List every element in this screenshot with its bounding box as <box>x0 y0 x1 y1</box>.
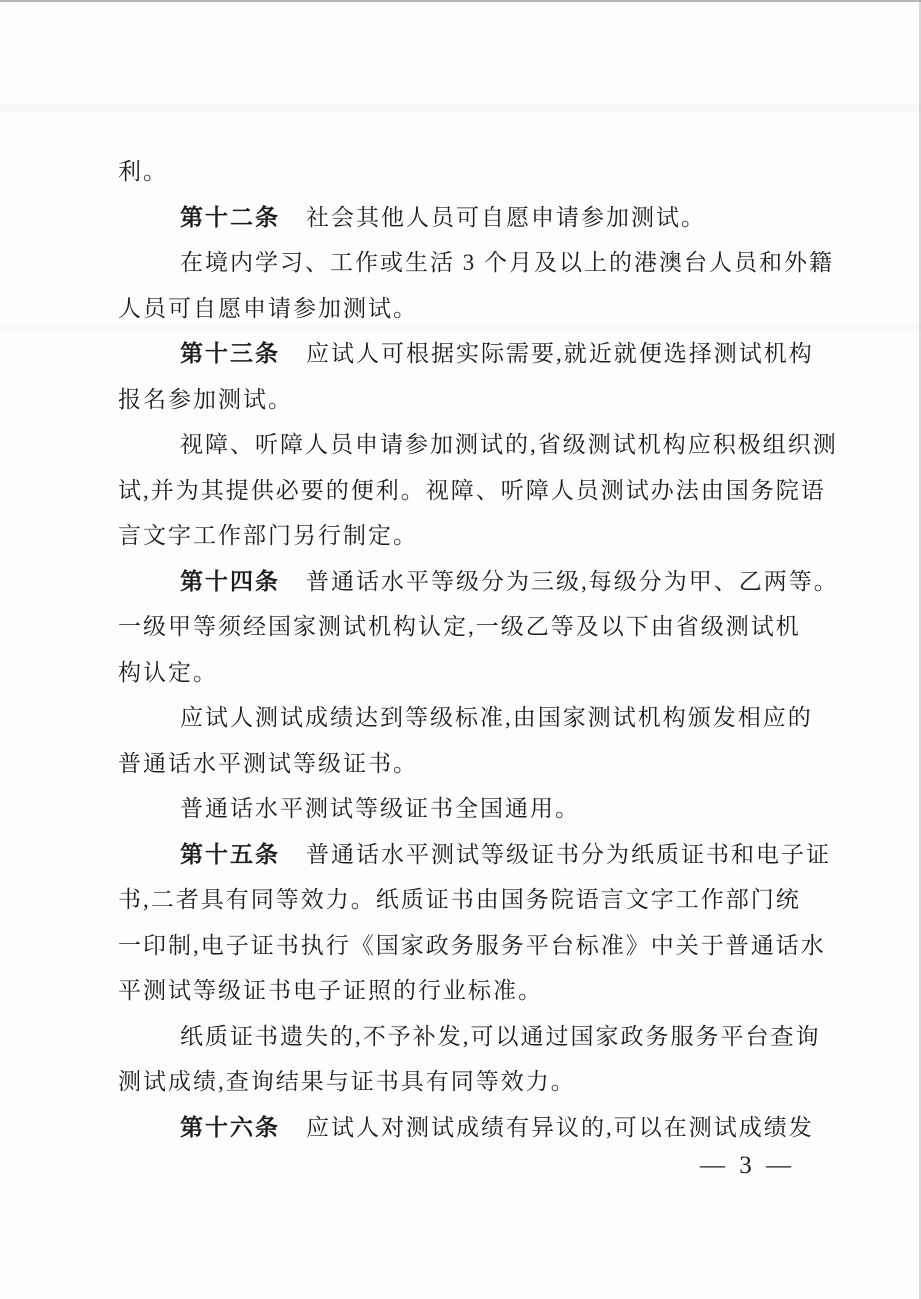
text-line: 人员可自愿申请参加测试。 <box>118 286 824 332</box>
article-term: 第十五条 <box>180 841 280 867</box>
text-line: 普通话水平测试等级证书。 <box>118 741 824 787</box>
text-line: 第十三条应试人可根据实际需要,就近就便选择测试机构 <box>118 331 824 377</box>
line-text: 普通话水平等级分为三级,每级分为甲、乙两等。 <box>306 569 839 594</box>
text-line: 第十五条普通话水平测试等级证书分为纸质证书和电子证 <box>118 832 824 878</box>
page-number: — 3 — <box>700 1150 795 1182</box>
text-line: 言文字工作部门另行制定。 <box>118 513 824 559</box>
line-text: 报名参加测试。 <box>118 387 293 412</box>
text-line: 利。 <box>118 149 824 195</box>
line-text: 平测试等级证书电子证照的行业标准。 <box>118 978 543 1003</box>
text-line: 一级甲等须经国家测试机构认定,一级乙等及以下由省级测试机 <box>118 604 824 650</box>
text-line: 在境内学习、工作或生活 3 个月及以上的港澳台人员和外籍 <box>118 240 824 286</box>
article-term: 第十三条 <box>180 340 280 366</box>
line-text: 一印制,电子证书执行《国家政务服务平台标准》中关于普通话水 <box>118 933 826 958</box>
line-text: 利。 <box>118 159 168 184</box>
line-text: 书,二者具有同等效力。纸质证书由国务院语言文字工作部门统 <box>118 887 801 912</box>
text-line: 构认定。 <box>118 650 824 696</box>
text-line: 一印制,电子证书执行《国家政务服务平台标准》中关于普通话水 <box>118 923 824 969</box>
line-text: 在境内学习、工作或生活 3 个月及以上的港澳台人员和外籍 <box>180 250 834 275</box>
article-term: 第十四条 <box>180 568 280 594</box>
line-text: 人员可自愿申请参加测试。 <box>118 296 418 321</box>
scan-noise-band <box>0 104 921 112</box>
scan-top-edge-artifact <box>0 0 921 2</box>
text-line: 视障、听障人员申请参加测试的,省级测试机构应积极组织测 <box>118 422 824 468</box>
line-text: 社会其他人员可自愿申请参加测试。 <box>306 205 706 230</box>
article-term: 第十六条 <box>180 1114 280 1140</box>
text-line: 书,二者具有同等效力。纸质证书由国务院语言文字工作部门统 <box>118 877 824 923</box>
text-line: 纸质证书遗失的,不予补发,可以通过国家政务服务平台查询 <box>118 1014 824 1060</box>
text-line: 第十四条普通话水平等级分为三级,每级分为甲、乙两等。 <box>118 559 824 605</box>
scanned-document-page: 利。 第十二条社会其他人员可自愿申请参加测试。 在境内学习、工作或生活 3 个月… <box>0 0 921 1299</box>
line-text: 普通话水平测试等级证书。 <box>118 751 418 776</box>
text-line: 第十二条社会其他人员可自愿申请参加测试。 <box>118 195 824 241</box>
text-line: 第十六条应试人对测试成绩有异议的,可以在测试成绩发 <box>118 1105 824 1151</box>
line-text: 视障、听障人员申请参加测试的,省级测试机构应积极组织测 <box>180 432 838 457</box>
line-text: 纸质证书遗失的,不予补发,可以通过国家政务服务平台查询 <box>180 1024 821 1049</box>
line-text: 测试成绩,查询结果与证书具有同等效力。 <box>118 1069 576 1094</box>
line-text: 构认定。 <box>118 660 218 685</box>
text-line: 试,并为其提供必要的便利。视障、听障人员测试办法由国务院语 <box>118 468 824 514</box>
text-line: 平测试等级证书电子证照的行业标准。 <box>118 968 824 1014</box>
text-line: 普通话水平测试等级证书全国通用。 <box>118 786 824 832</box>
line-text: 试,并为其提供必要的便利。视障、听障人员测试办法由国务院语 <box>118 478 826 503</box>
line-text: 应试人测试成绩达到等级标准,由国家测试机构颁发相应的 <box>180 705 813 730</box>
line-text: 普通话水平测试等级证书分为纸质证书和电子证 <box>306 842 831 867</box>
article-term: 第十二条 <box>180 204 280 230</box>
line-text: 一级甲等须经国家测试机构认定,一级乙等及以下由省级测试机 <box>118 614 801 639</box>
text-line: 报名参加测试。 <box>118 377 824 423</box>
line-text: 应试人可根据实际需要,就近就便选择测试机构 <box>306 341 814 366</box>
line-text: 言文字工作部门另行制定。 <box>118 523 418 548</box>
document-body: 利。 第十二条社会其他人员可自愿申请参加测试。 在境内学习、工作或生活 3 个月… <box>118 149 824 1150</box>
text-line: 应试人测试成绩达到等级标准,由国家测试机构颁发相应的 <box>118 695 824 741</box>
line-text: 应试人对测试成绩有异议的,可以在测试成绩发 <box>306 1115 814 1140</box>
text-line: 测试成绩,查询结果与证书具有同等效力。 <box>118 1059 824 1105</box>
line-text: 普通话水平测试等级证书全国通用。 <box>180 796 580 821</box>
